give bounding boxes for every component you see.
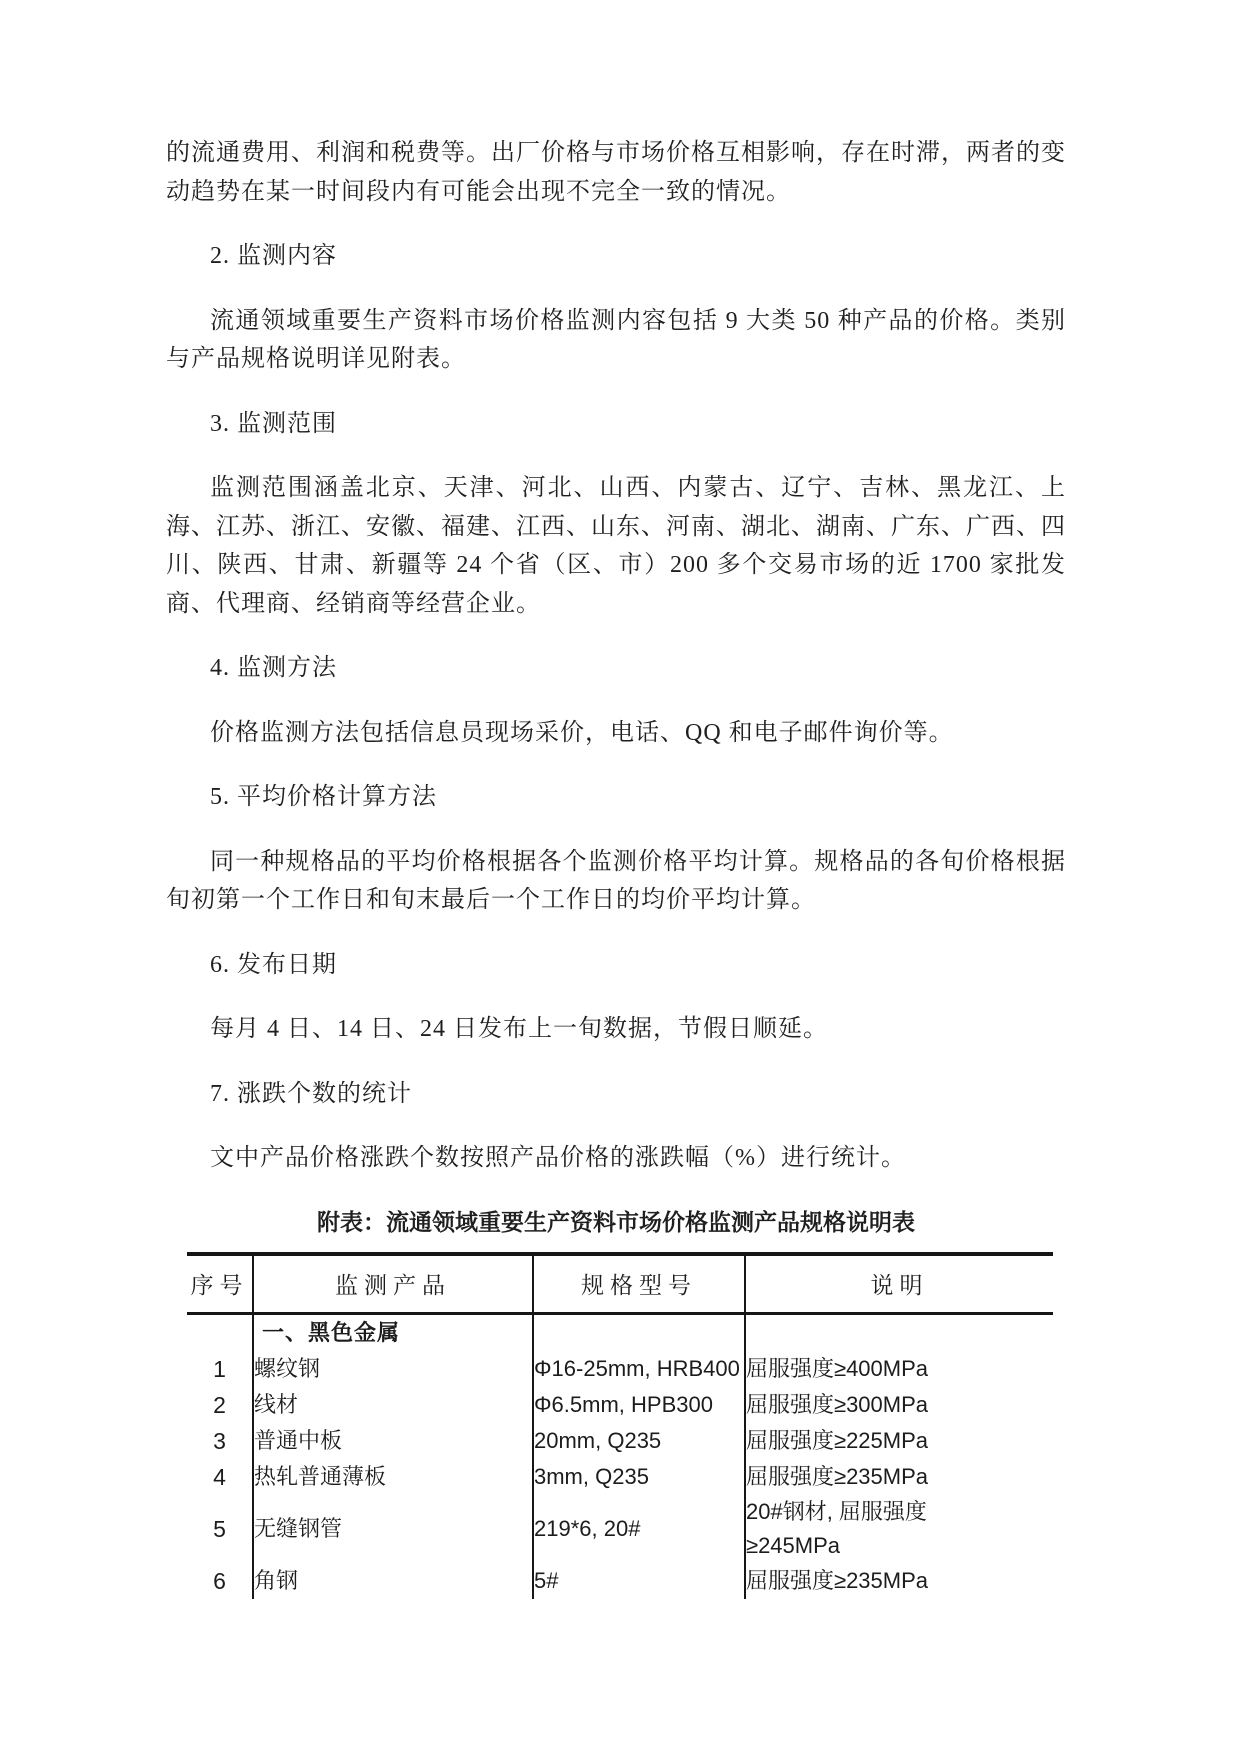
cell-product: 线材 xyxy=(253,1387,533,1423)
cell-product: 普通中板 xyxy=(253,1423,533,1459)
section-6-heading: 6. 发布日期 xyxy=(166,946,1066,985)
cell-product: 无缝钢管 xyxy=(253,1495,533,1563)
col-header-index: 序号 xyxy=(187,1254,253,1314)
section-4-heading: 4. 监测方法 xyxy=(166,649,1066,688)
cell-desc: 20#钢材, 屈服强度≥245MPa xyxy=(745,1495,1053,1563)
table-row: 4 热轧普通薄板 3mm, Q235 屈服强度≥235MPa xyxy=(187,1459,1053,1495)
appendix-table-title: 附表：流通领域重要生产资料市场价格监测产品规格说明表 xyxy=(166,1204,1066,1242)
cell-no: 6 xyxy=(187,1563,253,1599)
section-2-body: 流通领域重要生产资料市场价格监测内容包括 9 大类 50 种产品的价格。类别与产… xyxy=(166,302,1066,379)
cell-spec: 219*6, 20# xyxy=(533,1495,745,1563)
table-row: 6 角钢 5# 屈服强度≥235MPa xyxy=(187,1563,1053,1599)
cell-desc: 屈服强度≥225MPa xyxy=(745,1423,1053,1459)
cell-product: 螺纹钢 xyxy=(253,1351,533,1387)
document-content: 的流通费用、利润和税费等。出厂价格与市场价格互相影响，存在时滞，两者的变动趋势在… xyxy=(166,134,1066,1599)
section-6-body: 每月 4 日、14 日、24 日发布上一旬数据，节假日顺延。 xyxy=(166,1010,1066,1049)
cell-spec: 20mm, Q235 xyxy=(533,1423,745,1459)
section-4-body: 价格监测方法包括信息员现场采价，电话、QQ 和电子邮件询价等。 xyxy=(166,714,1066,753)
section-2-heading: 2. 监测内容 xyxy=(166,237,1066,276)
cell-no: 1 xyxy=(187,1351,253,1387)
col-header-description: 说明 xyxy=(745,1254,1053,1314)
cell-desc: 屈服强度≥400MPa xyxy=(745,1351,1053,1387)
cell-spec: 3mm, Q235 xyxy=(533,1459,745,1495)
table-row: 1 螺纹钢 Φ16-25mm, HRB400 屈服强度≥400MPa xyxy=(187,1351,1053,1387)
table-header-row: 序号 监测产品 规格型号 说明 xyxy=(187,1254,1053,1314)
col-header-spec: 规格型号 xyxy=(533,1254,745,1314)
continued-paragraph: 的流通费用、利润和税费等。出厂价格与市场价格互相影响，存在时滞，两者的变动趋势在… xyxy=(166,134,1066,211)
cell-desc: 屈服强度≥235MPa xyxy=(745,1563,1053,1599)
section-5-heading: 5. 平均价格计算方法 xyxy=(166,778,1066,817)
table-group-row: 一、黑色金属 xyxy=(187,1313,1053,1351)
group-label: 一、黑色金属 xyxy=(253,1313,533,1351)
cell-spec: Φ16-25mm, HRB400 xyxy=(533,1351,745,1387)
cell-spec: 5# xyxy=(533,1563,745,1599)
cell-desc-text: 20#钢材, 屈服强度≥245MPa xyxy=(746,1495,996,1563)
document-page: 的流通费用、利润和税费等。出厂价格与市场价格互相影响，存在时滞，两者的变动趋势在… xyxy=(0,0,1241,1754)
cell-spec xyxy=(533,1313,745,1351)
table-row: 2 线材 Φ6.5mm, HPB300 屈服强度≥300MPa xyxy=(187,1387,1053,1423)
cell-no: 2 xyxy=(187,1387,253,1423)
table-row: 5 无缝钢管 219*6, 20# 20#钢材, 屈服强度≥245MPa xyxy=(187,1495,1053,1563)
col-header-product: 监测产品 xyxy=(253,1254,533,1314)
cell-no: 4 xyxy=(187,1459,253,1495)
cell-desc xyxy=(745,1313,1053,1351)
cell-no: 5 xyxy=(187,1495,253,1563)
section-3-heading: 3. 监测范围 xyxy=(166,405,1066,444)
cell-product: 热轧普通薄板 xyxy=(253,1459,533,1495)
section-5-body: 同一种规格品的平均价格根据各个监测价格平均计算。规格品的各旬价格根据旬初第一个工… xyxy=(166,843,1066,920)
section-7-body: 文中产品价格涨跌个数按照产品价格的涨跌幅（%）进行统计。 xyxy=(166,1139,1066,1178)
section-3-body: 监测范围涵盖北京、天津、河北、山西、内蒙古、辽宁、吉林、黑龙江、上海、江苏、浙江… xyxy=(166,469,1066,623)
cell-product: 角钢 xyxy=(253,1563,533,1599)
cell-spec: Φ6.5mm, HPB300 xyxy=(533,1387,745,1423)
table-row: 3 普通中板 20mm, Q235 屈服强度≥225MPa xyxy=(187,1423,1053,1459)
appendix-spec-table: 序号 监测产品 规格型号 说明 一、黑色金属 1 螺纹钢 Φ16-25mm, H… xyxy=(187,1252,1053,1599)
cell-desc: 屈服强度≥300MPa xyxy=(745,1387,1053,1423)
cell-no xyxy=(187,1313,253,1351)
section-7-heading: 7. 涨跌个数的统计 xyxy=(166,1075,1066,1114)
cell-no: 3 xyxy=(187,1423,253,1459)
cell-desc: 屈服强度≥235MPa xyxy=(745,1459,1053,1495)
